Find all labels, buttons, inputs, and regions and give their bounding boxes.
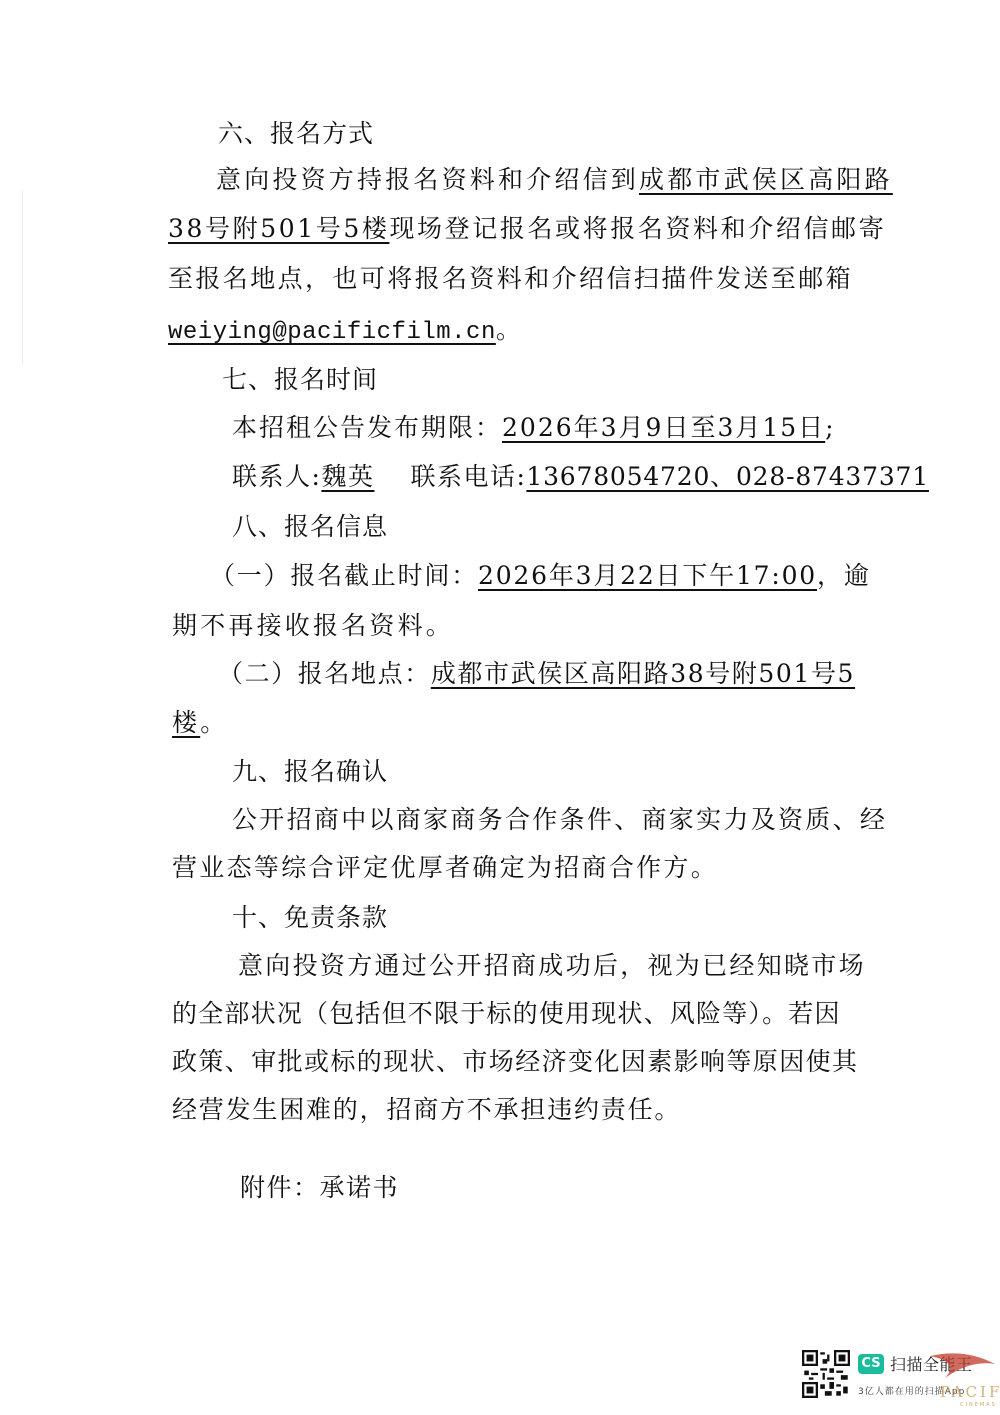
contact-line: 联系人:魏英联系电话:13678054720、028-87437371 (232, 461, 929, 493)
qr-code-icon (802, 1350, 850, 1398)
contact-name: 魏英 (321, 462, 374, 491)
location-line-2: 楼。 (172, 707, 228, 739)
deadline-value: 2026年3月22日下午17:00 (478, 561, 817, 590)
scanned-page: 六、报名方式 意向投资方持报名资料和介绍信到成都市武侯区高阳路 38号附501号… (0, 0, 1000, 1415)
text: 意向投资方持报名资料和介绍信到 (216, 165, 639, 194)
publish-period: 2026年3月9日至3月15日 (502, 413, 825, 442)
paragraph-line: 38号附501号5楼现场登记报名或将报名资料和介绍信邮寄 (168, 213, 886, 245)
section-heading-registration-info: 八、报名信息 (232, 511, 388, 543)
pacific-watermark: PACIFIC (940, 1383, 1000, 1401)
text: ; (825, 413, 835, 442)
location-label: （二）报名地点： (218, 659, 431, 688)
phone-label: 联系电话: (410, 462, 526, 491)
paragraph-line: 期不再接收报名资料。 (172, 610, 454, 642)
phone-numbers: 13678054720、028-87437371 (526, 462, 929, 491)
paragraph-line: 的全部状况（包括但不限于标的使用现状、风险等）。若因 (172, 998, 841, 1030)
location-value: 楼 (172, 708, 200, 737)
deadline-label: （一）报名截止时间： (210, 561, 478, 590)
scan-edge-line (22, 190, 23, 365)
deadline-line: （一）报名截止时间：2026年3月22日下午17:00，逾 (210, 560, 871, 592)
camscanner-logo: CS (858, 1354, 884, 1374)
paragraph-line: 意向投资方持报名资料和介绍信到成都市武侯区高阳路 (216, 164, 893, 196)
paragraph-line: 政策、审批或标的现状、市场经济变化因素影响等原因使其 (172, 1046, 858, 1078)
address-underlined: 38号附501号5楼 (168, 214, 389, 243)
location-line: （二）报名地点：成都市武侯区高阳路38号附501号5 (218, 658, 855, 690)
email-link[interactable]: weiying@pacificfilm.cn (168, 319, 496, 346)
paragraph-line: weiying@pacificfilm.cn。 (168, 314, 524, 349)
swoosh-logo-icon (925, 1350, 1000, 1380)
paragraph-line: 至报名地点，也可将报名资料和介绍信扫描件发送至邮箱 (168, 263, 853, 295)
section-heading-disclaimer: 十、免责条款 (232, 902, 388, 934)
publish-period-line: 本招租公告发布期限：2026年3月9日至3月15日; (232, 412, 836, 444)
section-heading-registration-confirmation: 九、报名确认 (232, 756, 388, 788)
paragraph-line: 公开招商中以商家商务合作条件、商家实力及资质、经 (232, 804, 887, 836)
paragraph-line: 经营发生困难的，招商方不承担违约责任。 (172, 1094, 681, 1126)
attachment-note: 附件：承诺书 (240, 1172, 399, 1204)
section-heading-registration-method: 六、报名方式 (218, 118, 374, 150)
text: 现场登记报名或将报名资料和介绍信邮寄 (389, 214, 886, 243)
publish-label: 本招租公告发布期限： (232, 413, 502, 442)
contact-label: 联系人: (232, 462, 321, 491)
text: 。 (496, 315, 524, 344)
text: ，逾 (817, 561, 871, 590)
cinemas-watermark: CINEMAS (960, 1402, 997, 1408)
scanner-watermark: CS 扫描全能王 3亿人都在用的扫描App PACIFIC CINEMAS (800, 1350, 1000, 1410)
location-value: 成都市武侯区高阳路38号附501号5 (431, 659, 855, 688)
paragraph-line: 意向投资方通过公开招商成功后，视为已经知晓市场 (238, 950, 866, 982)
address-underlined: 成都市武侯区高阳路 (639, 165, 893, 194)
paragraph-line: 营业态等综合评定优厚者确定为招商合作方。 (172, 852, 718, 884)
text: 。 (200, 708, 228, 737)
section-heading-registration-time: 七、报名时间 (222, 364, 378, 396)
